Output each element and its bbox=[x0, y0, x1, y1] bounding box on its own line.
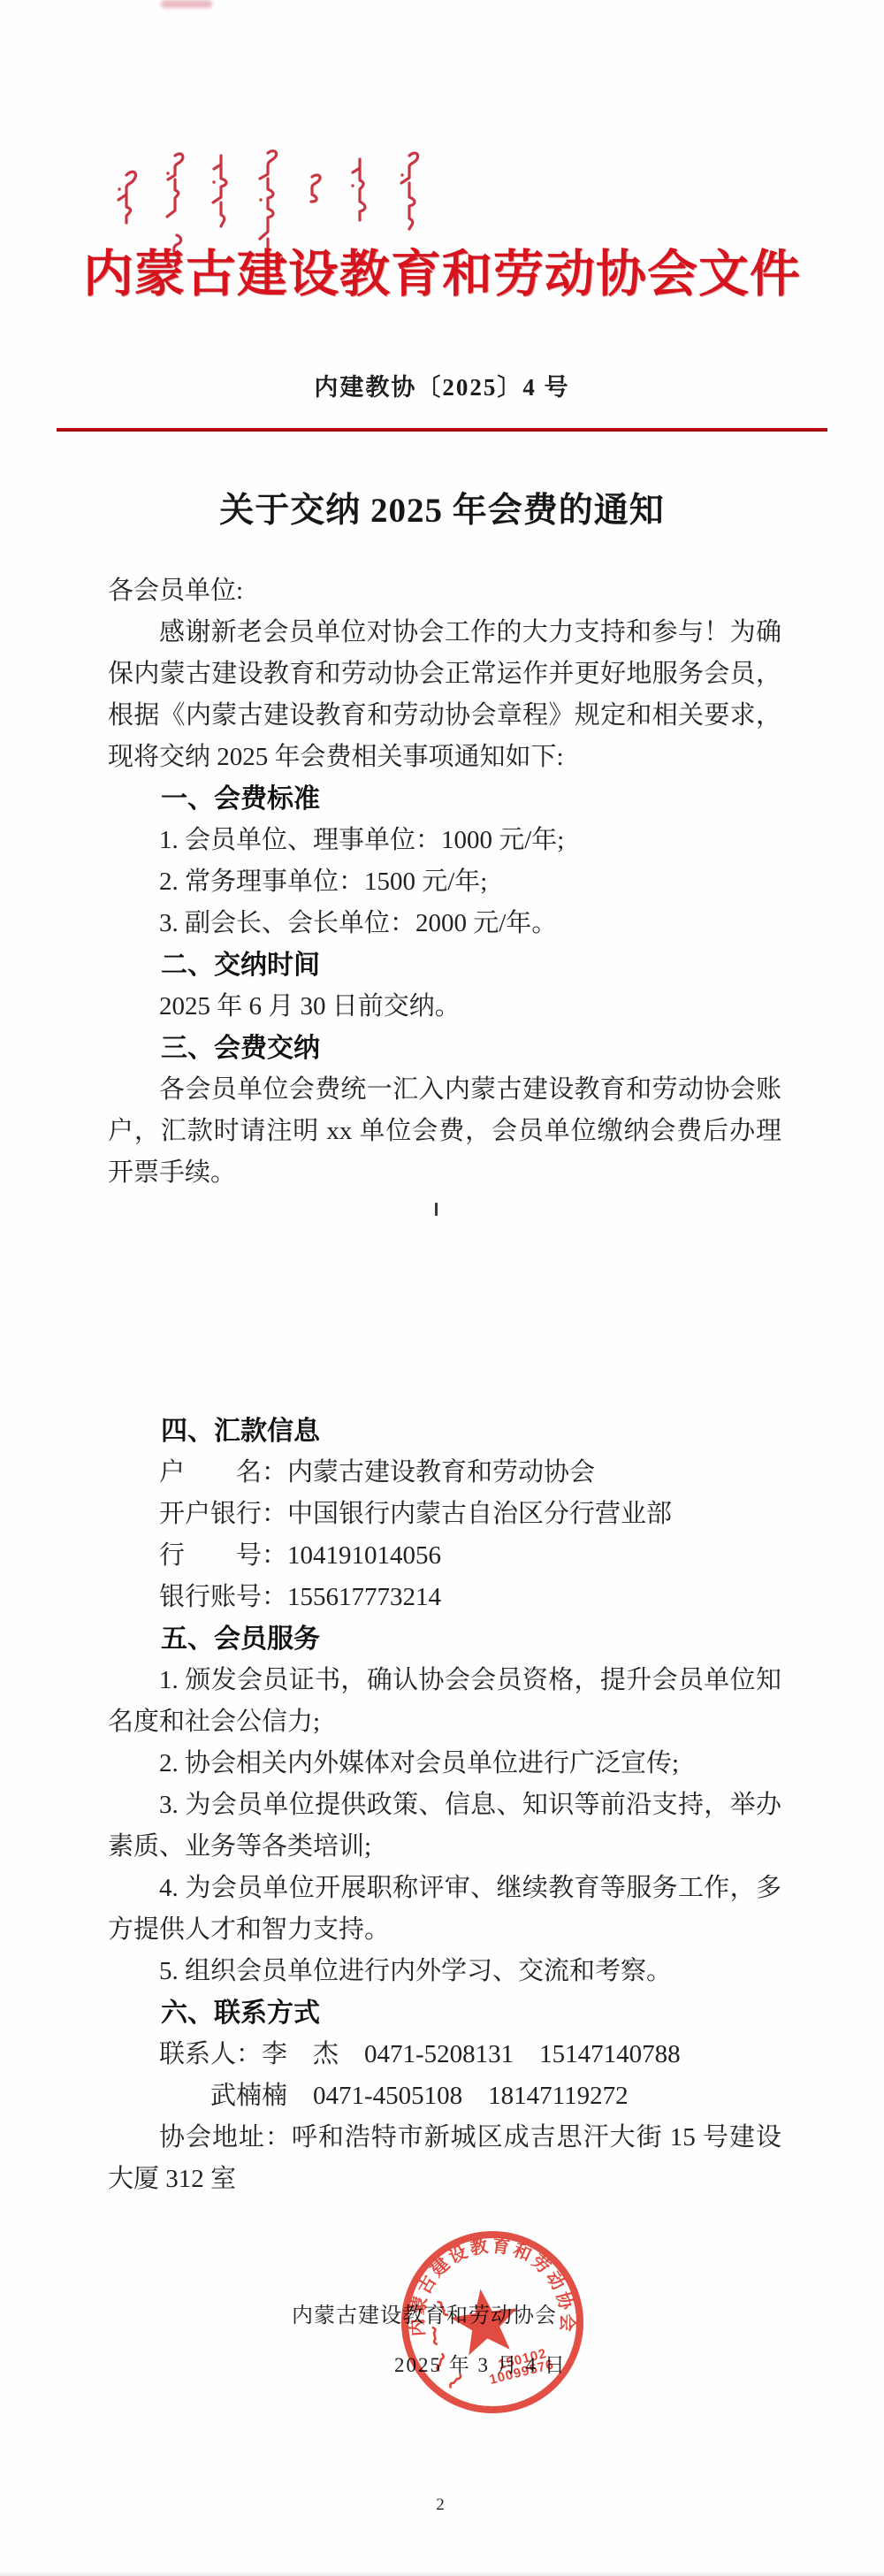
red-divider bbox=[57, 428, 827, 432]
page-number: 2 bbox=[423, 2496, 458, 2515]
service-item-1: 1. 颁发会员证书，确认协会会员资格，提升会员单位知名度和社会公信力; bbox=[108, 1660, 781, 1743]
payment-paragraph: 各会员单位会费统一汇入内蒙古建设教育和劳动协会账户，汇款时请注明 xx 单位会费… bbox=[108, 1069, 781, 1194]
contact-line-2: 武楠楠 0471-4505108 18147119272 bbox=[108, 2075, 781, 2117]
scan-edge-shadow bbox=[0, 2571, 884, 2576]
address-line: 协会地址：呼和浩特市新城区成吉思汗大街 15 号建设大厦 312 室 bbox=[108, 2117, 781, 2200]
account-name-line: 户 名：内蒙古建设教育和劳动协会 bbox=[108, 1452, 781, 1494]
document-page: 内蒙古建设教育和劳动协会文件 内建教协〔2025〕4 号 关于交纳 2025 年… bbox=[0, 0, 884, 2576]
scan-smudge bbox=[161, 0, 212, 8]
section-5-heading: 五、会员服务 bbox=[108, 1618, 781, 1660]
fee-item-2: 2. 常务理事单位：1500 元/年; bbox=[108, 861, 781, 903]
bank-code-line: 行 号：104191014056 bbox=[108, 1535, 781, 1577]
fee-item-1: 1. 会员单位、理事单位：1000 元/年; bbox=[108, 820, 781, 861]
stray-ink-mark bbox=[435, 1203, 438, 1216]
signature-date: 2025 年 3 月 4 日 bbox=[394, 2349, 567, 2378]
section-4-heading: 四、汇款信息 bbox=[108, 1410, 781, 1452]
section-2-heading: 二、交纳时间 bbox=[108, 944, 781, 986]
salutation: 各会员单位: bbox=[108, 570, 781, 612]
section-3-heading: 三、会费交纳 bbox=[108, 1028, 781, 1069]
contact-line-1: 联系人：李 杰 0471-5208131 15147140788 bbox=[108, 2034, 781, 2075]
document-body: 各会员单位: 感谢新老会员单位对协会工作的大力支持和参与！为确保内蒙古建设教育和… bbox=[108, 570, 781, 2200]
service-item-2: 2. 协会相关内外媒体对会员单位进行广泛宣传; bbox=[108, 1743, 781, 1785]
service-item-5: 5. 组织会员单位进行内外学习、交流和考察。 bbox=[108, 1951, 781, 1992]
service-item-3: 3. 为会员单位提供政策、信息、知识等前沿支持，举办素质、业务等各类培训; bbox=[108, 1785, 781, 1868]
deadline-line: 2025 年 6 月 30 日前交纳。 bbox=[108, 986, 781, 1028]
doc-title: 关于交纳 2025 年会费的通知 bbox=[0, 483, 884, 532]
fee-item-3: 3. 副会长、会长单位：2000 元/年。 bbox=[108, 903, 781, 944]
section-6-heading: 六、联系方式 bbox=[108, 1992, 781, 2034]
org-title-banner: 内蒙古建设教育和劳动协会文件 bbox=[0, 233, 884, 306]
bank-line: 开户银行：中国银行内蒙古自治区分行营业部 bbox=[108, 1494, 781, 1535]
service-item-4: 4. 为会员单位开展职称评审、继续教育等服务工作，多方提供人才和智力支持。 bbox=[108, 1868, 781, 1951]
doc-number: 内建教协〔2025〕4 号 bbox=[0, 368, 884, 402]
account-number-line: 银行账号：155617773214 bbox=[108, 1577, 781, 1618]
signature-org: 内蒙古建设教育和劳动协会 bbox=[292, 2297, 557, 2328]
intro-paragraph: 感谢新老会员单位对协会工作的大力支持和参与！为确保内蒙古建设教育和劳动协会正常运… bbox=[108, 612, 781, 778]
section-1-heading: 一、会费标准 bbox=[108, 778, 781, 820]
